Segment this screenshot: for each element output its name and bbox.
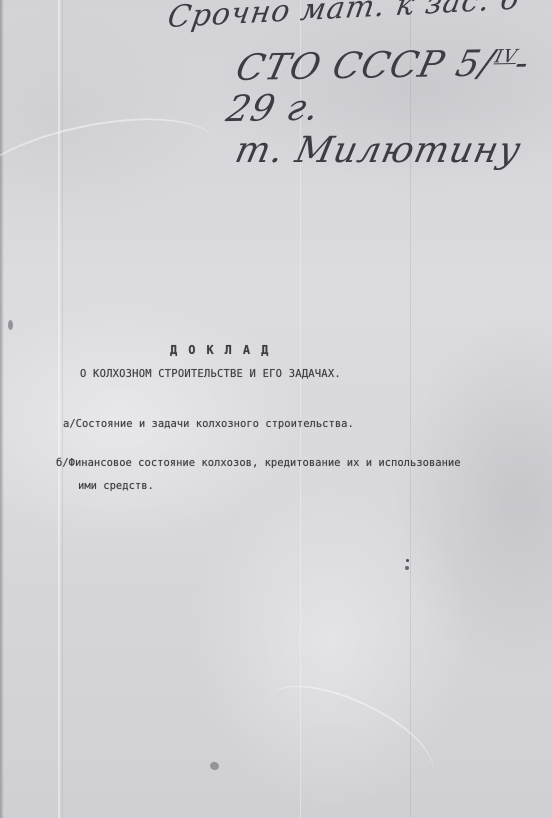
ink-blot — [209, 761, 220, 772]
paper-crease — [253, 665, 447, 806]
agenda-item-a: а/Состояние и задачи колхозного строител… — [63, 418, 354, 430]
paper-crease — [0, 99, 227, 243]
handwritten-sto-label: СТО СССР — [232, 44, 461, 89]
document-subtitle: О КОЛХОЗНОМ СТРОИТЕЛЬСТВЕ И ЕГО ЗАДАЧАХ. — [80, 368, 341, 380]
handwritten-urgent-note: Срочно мат. к зас. 6 — [165, 0, 523, 35]
scan-streak — [58, 0, 60, 818]
handwritten-sto-date: СТО СССР 5/IV-29 г. — [222, 42, 552, 130]
scan-edge-shadow — [0, 0, 4, 818]
document-title: ДОКЛАД — [170, 343, 279, 357]
agenda-item-b-line1: б/Финансовое состояние колхозов, кредито… — [56, 457, 461, 469]
scan-streak — [62, 0, 63, 818]
ink-speck — [405, 566, 409, 570]
scanned-document-page: Срочно мат. к зас. 6 СТО СССР 5/IV-29 г.… — [0, 0, 552, 818]
ink-mark — [8, 320, 13, 330]
agenda-item-b-line2: ими средств. — [78, 480, 154, 492]
ink-speck — [406, 559, 409, 562]
handwritten-addressee: т. Милютину — [232, 130, 525, 171]
